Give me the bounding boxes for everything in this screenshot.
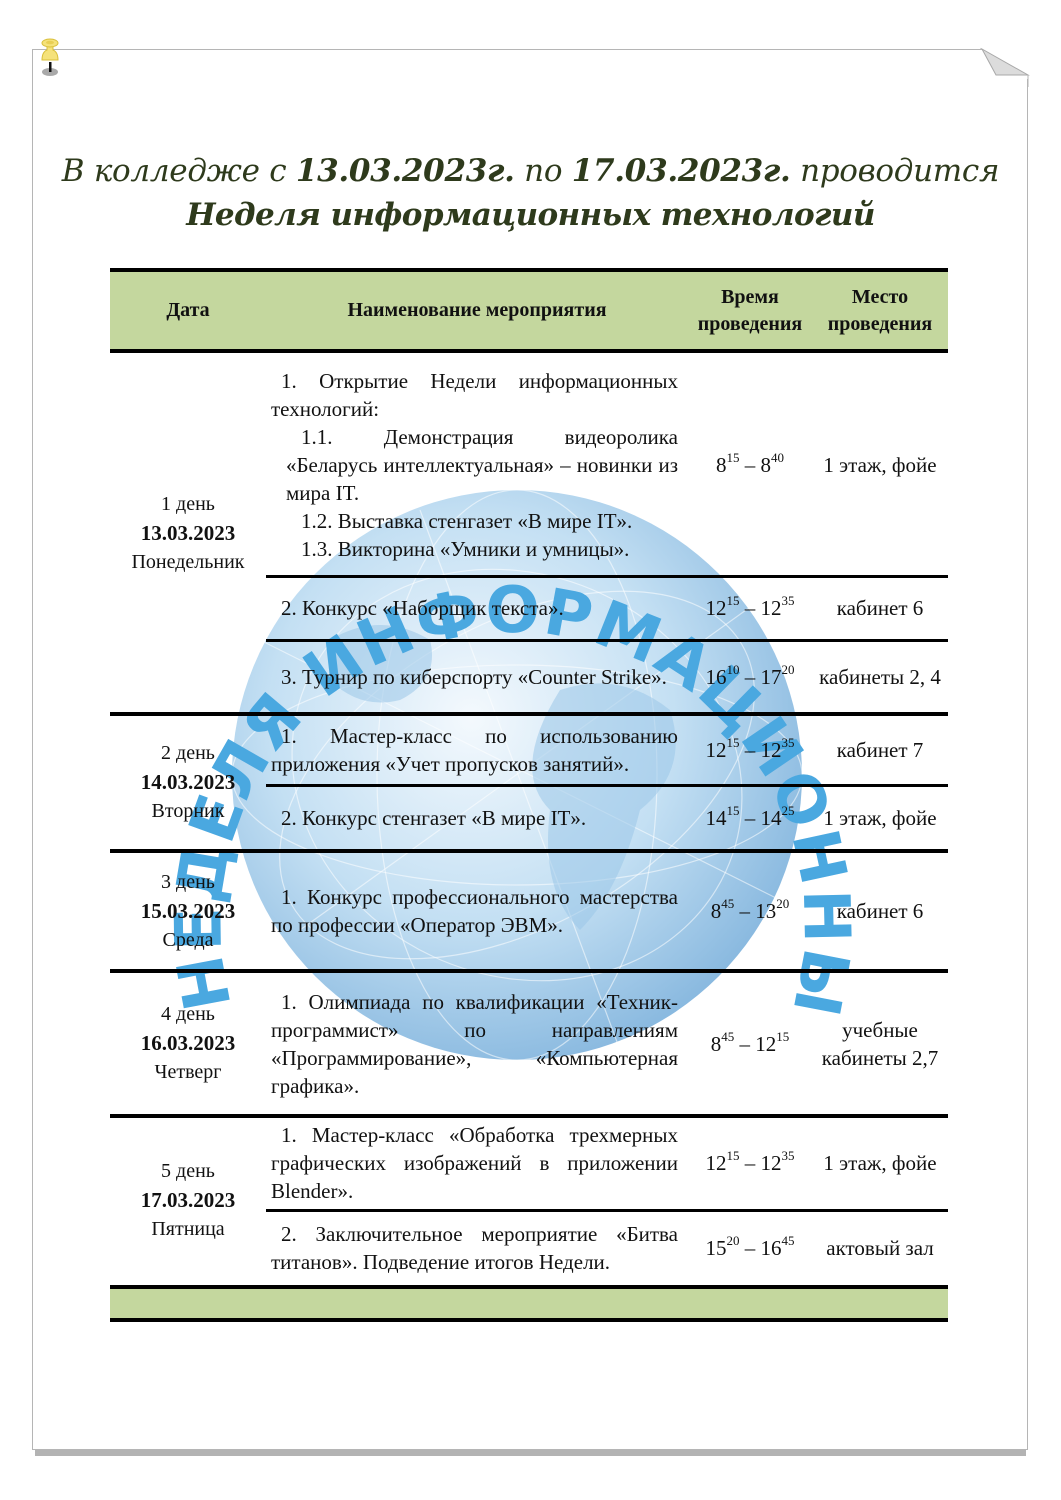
time-time-end-m: 20	[776, 896, 789, 911]
table-row: 1. Мастер-класс «Обработка трехмерных гр…	[110, 1116, 948, 1210]
event-place-cell: 1 этаж, фойе	[812, 1116, 948, 1210]
time-time-end-m: 40	[771, 450, 784, 465]
event-place-cell: учебные кабинеты 2,7	[812, 971, 948, 1116]
time-time-start-m: 20	[727, 1233, 740, 1248]
event-text: 1. Конкурс профессионального мастерства …	[266, 883, 688, 939]
time-time-end-h: 14	[761, 806, 782, 830]
header-event: Наименование мероприятия	[266, 272, 688, 349]
time-time-end-h: 12	[761, 1151, 782, 1175]
event-place: кабинеты 2, 4	[819, 663, 941, 691]
time-time-end-m: 35	[782, 735, 795, 750]
event-line: 1. Мастер-класс «Обработка трехмерных гр…	[271, 1121, 678, 1205]
event-place: 1 этаж, фойе	[823, 804, 936, 832]
time-time-end-h: 13	[755, 899, 776, 923]
event-place: 1 этаж, фойе	[823, 1149, 936, 1177]
event-time-cell: 1415 – 1425	[688, 785, 812, 851]
event-text: 1. Мастер-класс «Обработка трехмерных гр…	[266, 1121, 688, 1205]
time-time-start-m: 45	[721, 896, 734, 911]
event-place: учебные кабинеты 2,7	[812, 1016, 948, 1072]
event-name-cell: 2. Конкурс «Наборщик текста».	[266, 576, 688, 640]
table-row: 1. Мастер-класс по использованию приложе…	[110, 714, 948, 785]
event-time-cell: 1215 – 1235	[688, 1116, 812, 1210]
event-time-cell: 1215 – 1235	[688, 714, 812, 785]
event-time-cell: 845 – 1215	[688, 971, 812, 1116]
time-time-end-m: 35	[782, 593, 795, 608]
event-place: 1 этаж, фойе	[823, 451, 936, 479]
header-time: Времяпроведения	[688, 272, 812, 349]
title-line-1: В колледже с 13.03.2023г. по 17.03.2023г…	[0, 153, 1061, 189]
event-time: 845 – 1215	[711, 1030, 790, 1058]
event-time-cell: 815 – 840	[688, 353, 812, 576]
table-row: 1. Конкурс профессионального мастерства …	[110, 851, 948, 971]
event-place: кабинет 7	[837, 736, 924, 764]
page-fold-corner-icon	[980, 47, 1030, 87]
time-time-start-h: 15	[706, 1236, 727, 1260]
event-name-cell: 1. Мастер-класс по использованию приложе…	[266, 714, 688, 785]
event-time: 1415 – 1425	[706, 804, 795, 832]
event-line: 1. Конкурс профессионального мастерства …	[271, 883, 678, 939]
table-row: 1. Открытие Недели информационных технол…	[110, 353, 948, 576]
event-place-cell: кабинет 7	[812, 714, 948, 785]
event-time-cell: 1215 – 1235	[688, 576, 812, 640]
time-time-end-m: 15	[776, 1029, 789, 1044]
event-time: 845 – 1320	[711, 897, 790, 925]
event-place-cell: 1 этаж, фойе	[812, 785, 948, 851]
pushpin-icon	[34, 34, 68, 80]
time-time-start-h: 12	[706, 1151, 727, 1175]
time-time-end-h: 8	[761, 453, 772, 477]
event-text: 1. Мастер-класс по использованию приложе…	[266, 722, 688, 778]
time-time-start-m: 15	[727, 450, 740, 465]
event-time: 1215 – 1235	[706, 736, 795, 764]
time-time-end-m: 45	[782, 1233, 795, 1248]
time-time-start-m: 10	[727, 662, 740, 677]
event-place-cell: кабинеты 2, 4	[812, 640, 948, 714]
event-text: 1. Олимпиада по квалификации «Техник-про…	[266, 988, 688, 1100]
time-time-start-h: 8	[716, 453, 727, 477]
event-place-cell: 1 этаж, фойе	[812, 353, 948, 576]
event-name-cell: 3. Турнир по киберспорту «Counter Strike…	[266, 640, 688, 714]
table-row: 2. Конкурс «Наборщик текста».1215 – 1235…	[110, 576, 948, 640]
event-line: 2. Конкурс «Наборщик текста».	[271, 594, 678, 622]
event-name-cell: 1. Конкурс профессионального мастерства …	[266, 851, 688, 971]
event-line: 1.3. Викторина «Умники и умницы».	[271, 535, 678, 563]
date-to: 17.03.2023г.	[572, 153, 791, 189]
event-time-cell: 845 – 1320	[688, 851, 812, 971]
date-from: 13.03.2023г.	[296, 153, 515, 189]
event-line: 2. Заключительное мероприятие «Битва тит…	[271, 1220, 678, 1276]
time-time-end-m: 35	[782, 1148, 795, 1163]
time-time-end-m: 20	[782, 662, 795, 677]
event-place: кабинет 6	[837, 897, 924, 925]
table-row: 2. Заключительное мероприятие «Битва тит…	[110, 1210, 948, 1285]
event-line: 2. Конкурс стенгазет «В мире IT».	[271, 804, 678, 832]
time-time-end-h: 12	[761, 738, 782, 762]
event-place: актовый зал	[826, 1234, 933, 1262]
event-place-cell: кабинет 6	[812, 576, 948, 640]
table-header-row: Дата Наименование мероприятия Времяпрове…	[110, 268, 948, 353]
time-time-start-m: 15	[727, 593, 740, 608]
title-line-2: Неделя информационных технологий	[0, 197, 1061, 233]
header-place: Местопроведения	[812, 272, 948, 349]
event-name-cell: 1. Открытие Недели информационных технол…	[266, 353, 688, 576]
event-time: 1215 – 1235	[706, 594, 795, 622]
event-text: 3. Турнир по киберспорту «Counter Strike…	[266, 663, 688, 691]
table-footer-bar	[110, 1285, 948, 1322]
header-date: Дата	[110, 272, 266, 349]
event-line: 1.1. Демонстрация видеоролика «Беларусь …	[271, 423, 678, 507]
event-time: 815 – 840	[716, 451, 784, 479]
event-time: 1610 – 1720	[706, 663, 795, 691]
time-time-start-h: 14	[706, 806, 727, 830]
time-time-end-h: 12	[761, 596, 782, 620]
event-name-cell: 1. Мастер-класс «Обработка трехмерных гр…	[266, 1116, 688, 1210]
event-place-cell: кабинет 6	[812, 851, 948, 971]
event-name-cell: 1. Олимпиада по квалификации «Техник-про…	[266, 971, 688, 1116]
table-row: 2. Конкурс стенгазет «В мире IT».1415 – …	[110, 785, 948, 851]
event-text: 2. Конкурс стенгазет «В мире IT».	[266, 804, 688, 832]
event-line: 1. Открытие Недели информационных технол…	[271, 367, 678, 423]
event-line: 1. Мастер-класс по использованию приложе…	[271, 722, 678, 778]
time-time-start-h: 12	[706, 596, 727, 620]
time-time-start-h: 12	[706, 738, 727, 762]
event-text: 2. Конкурс «Наборщик текста».	[266, 594, 688, 622]
time-time-start-m: 15	[727, 735, 740, 750]
event-name-cell: 2. Заключительное мероприятие «Битва тит…	[266, 1210, 688, 1285]
time-time-start-h: 16	[706, 665, 727, 689]
time-time-end-h: 17	[761, 665, 782, 689]
event-text: 2. Заключительное мероприятие «Битва тит…	[266, 1220, 688, 1276]
event-place-cell: актовый зал	[812, 1210, 948, 1285]
event-line: 1. Олимпиада по квалификации «Техник-про…	[271, 988, 678, 1100]
time-time-end-h: 16	[761, 1236, 782, 1260]
time-time-start-h: 8	[711, 899, 722, 923]
event-time: 1520 – 1645	[706, 1234, 795, 1262]
event-line: 3. Турнир по киберспорту «Counter Strike…	[271, 663, 678, 691]
table-row: 3. Турнир по киберспорту «Counter Strike…	[110, 640, 948, 714]
event-text: 1. Открытие Недели информационных технол…	[266, 367, 688, 563]
table-row: 1. Олимпиада по квалификации «Техник-про…	[110, 971, 948, 1116]
event-time: 1215 – 1235	[706, 1149, 795, 1177]
event-name-cell: 2. Конкурс стенгазет «В мире IT».	[266, 785, 688, 851]
event-time-cell: 1520 – 1645	[688, 1210, 812, 1285]
time-time-start-m: 15	[727, 1148, 740, 1163]
event-time-cell: 1610 – 1720	[688, 640, 812, 714]
time-time-end-h: 12	[755, 1032, 776, 1056]
page-shadow	[35, 1450, 1026, 1456]
time-time-start-h: 8	[711, 1032, 722, 1056]
time-time-end-m: 25	[782, 803, 795, 818]
event-place: кабинет 6	[837, 594, 924, 622]
event-line: 1.2. Выставка стенгазет «В мире IT».	[271, 507, 678, 535]
time-time-start-m: 45	[721, 1029, 734, 1044]
time-time-start-m: 15	[727, 803, 740, 818]
